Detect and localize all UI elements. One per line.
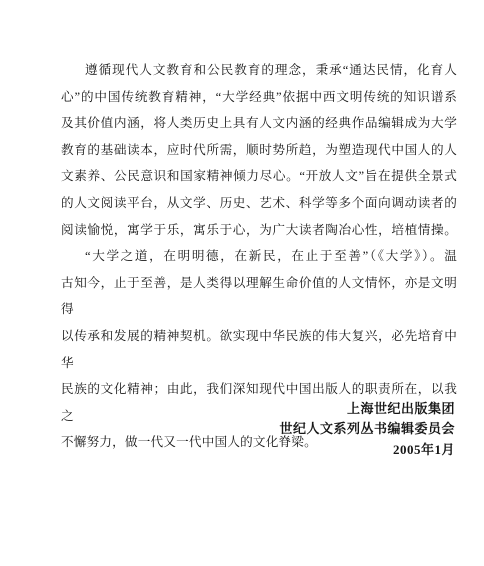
signature-block: 上海世纪出版集团 世纪人文系列丛书编辑委员会 2005年1月 — [61, 399, 455, 460]
text-line: 文素养、公民意识和国家精神倾力尽心。“开放人文”旨在提供全景式 — [61, 163, 457, 190]
text-line: 心”的中国传统教育精神，“大学经典”依据中西文明传统的知识谱系 — [61, 84, 457, 111]
text-line: 遵循现代人文教育和公民教育的理念，秉承“通达民情，化育人 — [61, 57, 457, 84]
committee-name: 世纪人文系列丛书编辑委员会 — [61, 419, 455, 439]
text-line: 的人文阅读平台，从文学、历史、艺术、科学等多个面向调动读者的 — [61, 190, 457, 217]
preface-text-block: 遵循现代人文教育和公民教育的理念，秉承“通达民情，化育人 心”的中国传统教育精神… — [61, 57, 457, 456]
text-line: 以传承和发展的精神契机。欲实现中华民族的伟大复兴，必先培育中华 — [61, 323, 457, 376]
text-line: 阅读愉悦，寓学于乐，寓乐于心，为广大读者陶冶心性，培植情操。 — [61, 217, 457, 244]
text-line: “大学之道，在明明德，在新民，在止于至善”（《大学》）。温 — [61, 243, 457, 270]
publisher-name: 上海世纪出版集团 — [61, 399, 455, 419]
publication-date: 2005年1月 — [61, 440, 455, 460]
text-line: 教育的基础读本，应时代所需，顺时势所趋，为塑造现代中国人的人 — [61, 137, 457, 164]
paragraph: 遵循现代人文教育和公民教育的理念，秉承“通达民情，化育人 心”的中国传统教育精神… — [61, 57, 457, 243]
document-page: 遵循现代人文教育和公民教育的理念，秉承“通达民情，化育人 心”的中国传统教育精神… — [0, 0, 484, 566]
text-line: 古知今，止于至善，是人类得以理解生命价值的人文情怀，亦是文明得 — [61, 270, 457, 323]
text-line: 及其价值内涵，将人类历史上具有人文内涵的经典作品编辑成为大学 — [61, 110, 457, 137]
